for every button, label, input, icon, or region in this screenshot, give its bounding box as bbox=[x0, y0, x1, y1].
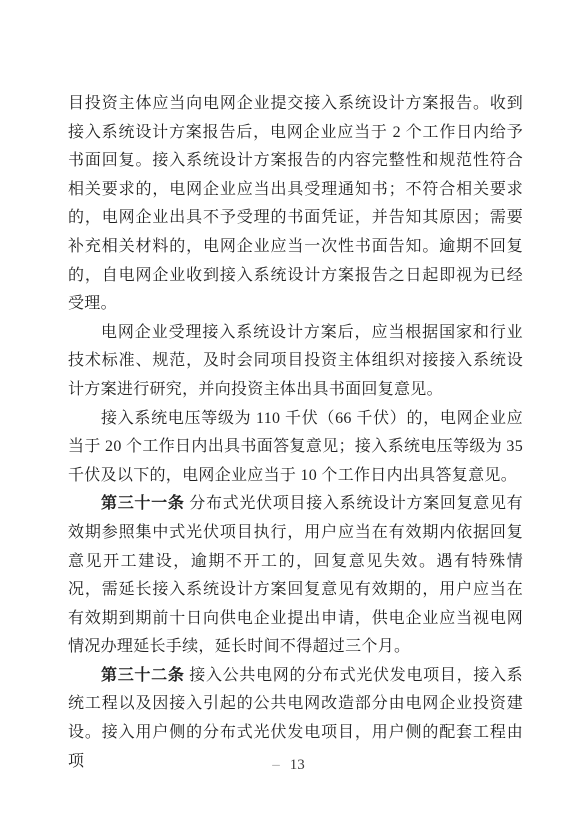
page-number: 13 bbox=[290, 757, 305, 773]
document-page: 目投资主体应当向电网企业提交接入系统设计方案报告。收到接入系统设计方案报告后，电… bbox=[0, 0, 577, 815]
paragraph: 接入系统电压等级为 110 千伏（66 千伏）的，电网企业应当于 20 个工作日… bbox=[68, 405, 523, 491]
page-footer: –13 bbox=[0, 754, 577, 776]
paragraph: 目投资主体应当向电网企业提交接入系统设计方案报告。收到接入系统设计方案报告后，电… bbox=[68, 90, 523, 319]
footer-dash: – bbox=[272, 757, 280, 773]
paragraph: 电网企业受理接入系统设计方案后，应当根据国家和行业技术标准、规范，及时会同项目投… bbox=[68, 319, 523, 405]
article-number: 第三十二条 bbox=[101, 667, 185, 684]
paragraph: 第三十一条 分布式光伏项目接入系统设计方案回复意见有效期参照集中式光伏项目执行，… bbox=[68, 490, 523, 662]
document-body: 目投资主体应当向电网企业提交接入系统设计方案报告。收到接入系统设计方案报告后，电… bbox=[68, 90, 523, 776]
article-number: 第三十一条 bbox=[101, 495, 185, 512]
